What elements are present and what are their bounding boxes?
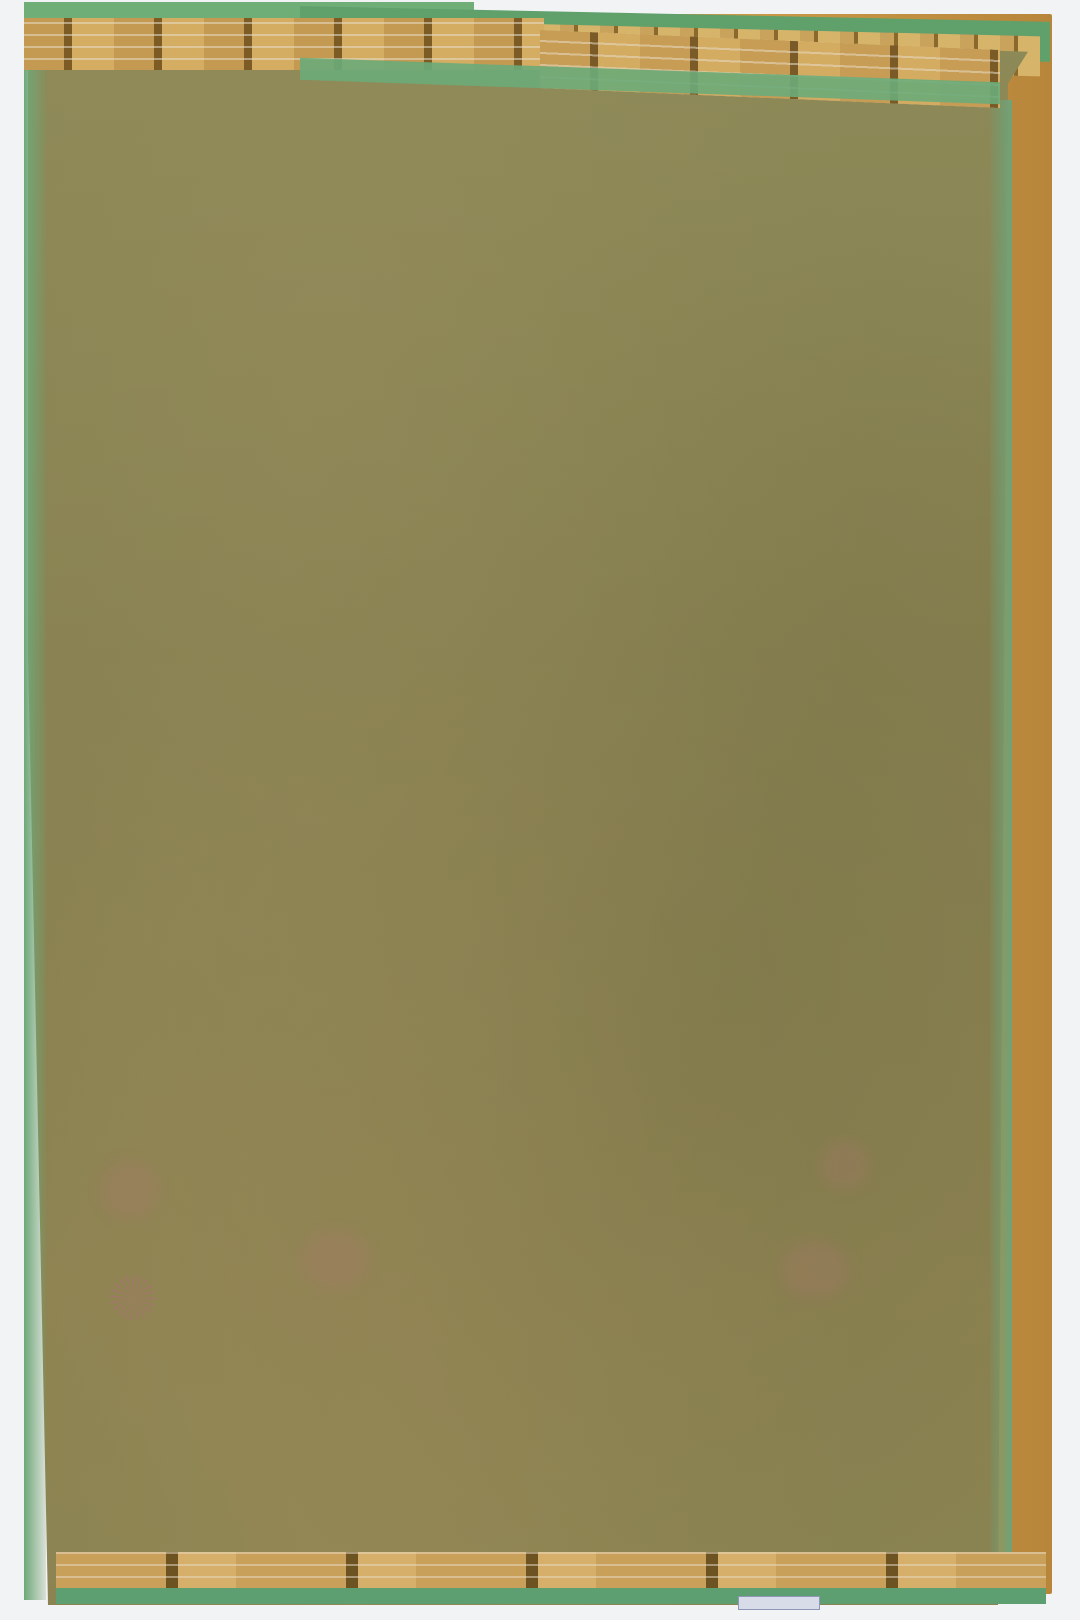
floral-motif <box>300 1230 370 1290</box>
right-green-selvedge <box>990 100 1012 1580</box>
saree-body <box>28 20 1028 1605</box>
accession-label <box>738 1596 820 1610</box>
floral-motif <box>780 1240 850 1300</box>
textile-photo <box>0 0 1080 1620</box>
top-zari-border-left <box>24 18 544 70</box>
flower-motif <box>110 1275 155 1320</box>
floral-motif <box>820 1140 870 1190</box>
floral-motif <box>100 1160 160 1220</box>
bottom-green-band <box>56 1588 1046 1604</box>
left-green-selvedge <box>24 20 46 1600</box>
